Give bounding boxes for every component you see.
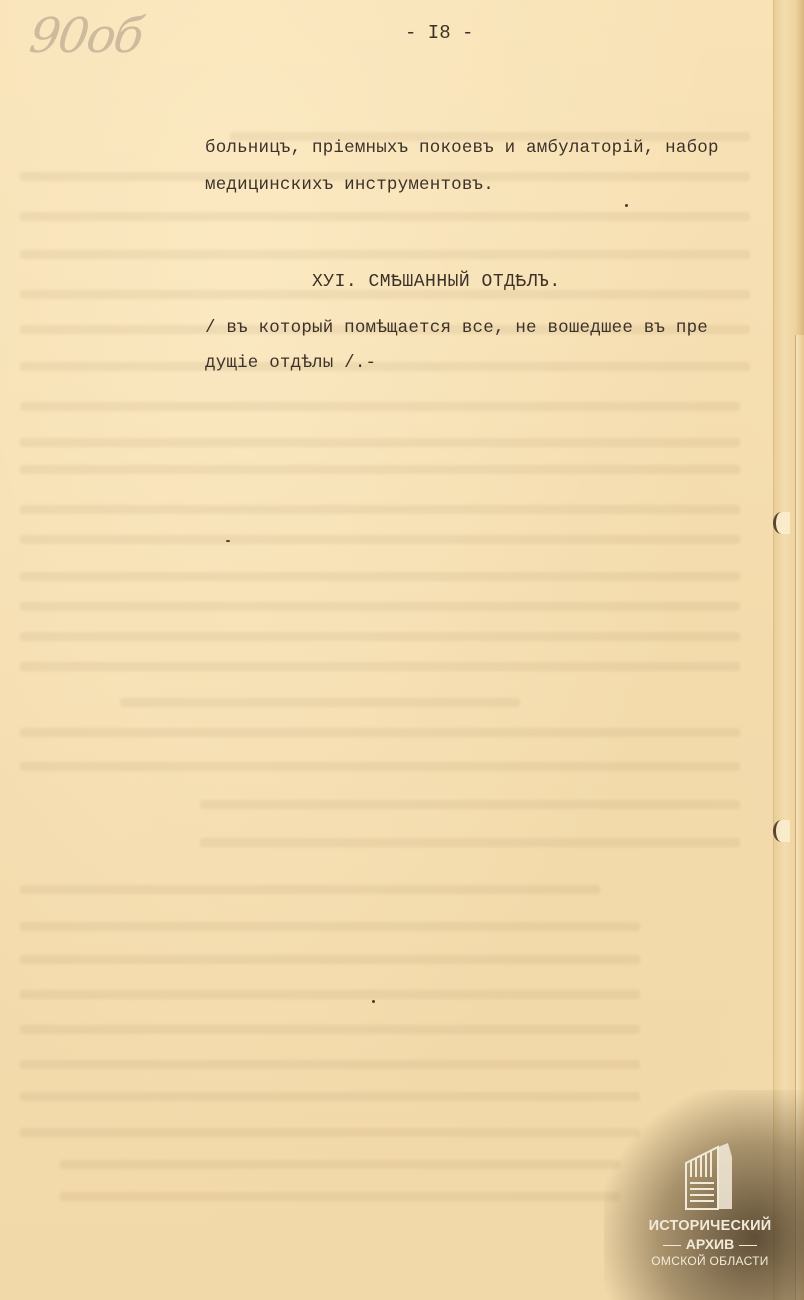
archive-sheet-number: 90об [26, 8, 145, 64]
page-number: - I8 - [405, 22, 473, 44]
section-note-line: / въ который помѣщается все, не вошедшее… [205, 318, 708, 338]
archive-building-icon [684, 1143, 734, 1211]
document-page: 90об - I8 - больницъ, пріемныхъ покоевъ … [0, 0, 804, 1300]
ink-speck [625, 204, 628, 207]
paragraph-line: больницъ, пріемныхъ покоевъ и амбулаторі… [205, 138, 719, 158]
section-heading: XУI. СМѢШАННЫЙ ОТДѢЛЪ. [312, 272, 561, 292]
watermark-region: ОМСКОЙ ОБЛАСТИ [640, 1254, 780, 1268]
binding-hole [773, 512, 790, 534]
section-note-line: дущіе отдѣлы /.- [205, 353, 376, 373]
ink-speck [226, 540, 230, 542]
paragraph-line: медицинскихъ инструментовъ. [205, 175, 494, 195]
watermark-subtitle: АРХИВ [640, 1236, 780, 1252]
watermark-title: ИСТОРИЧЕСКИЙ [640, 1218, 780, 1234]
ink-speck [372, 1000, 375, 1003]
binding-hole [773, 820, 790, 842]
